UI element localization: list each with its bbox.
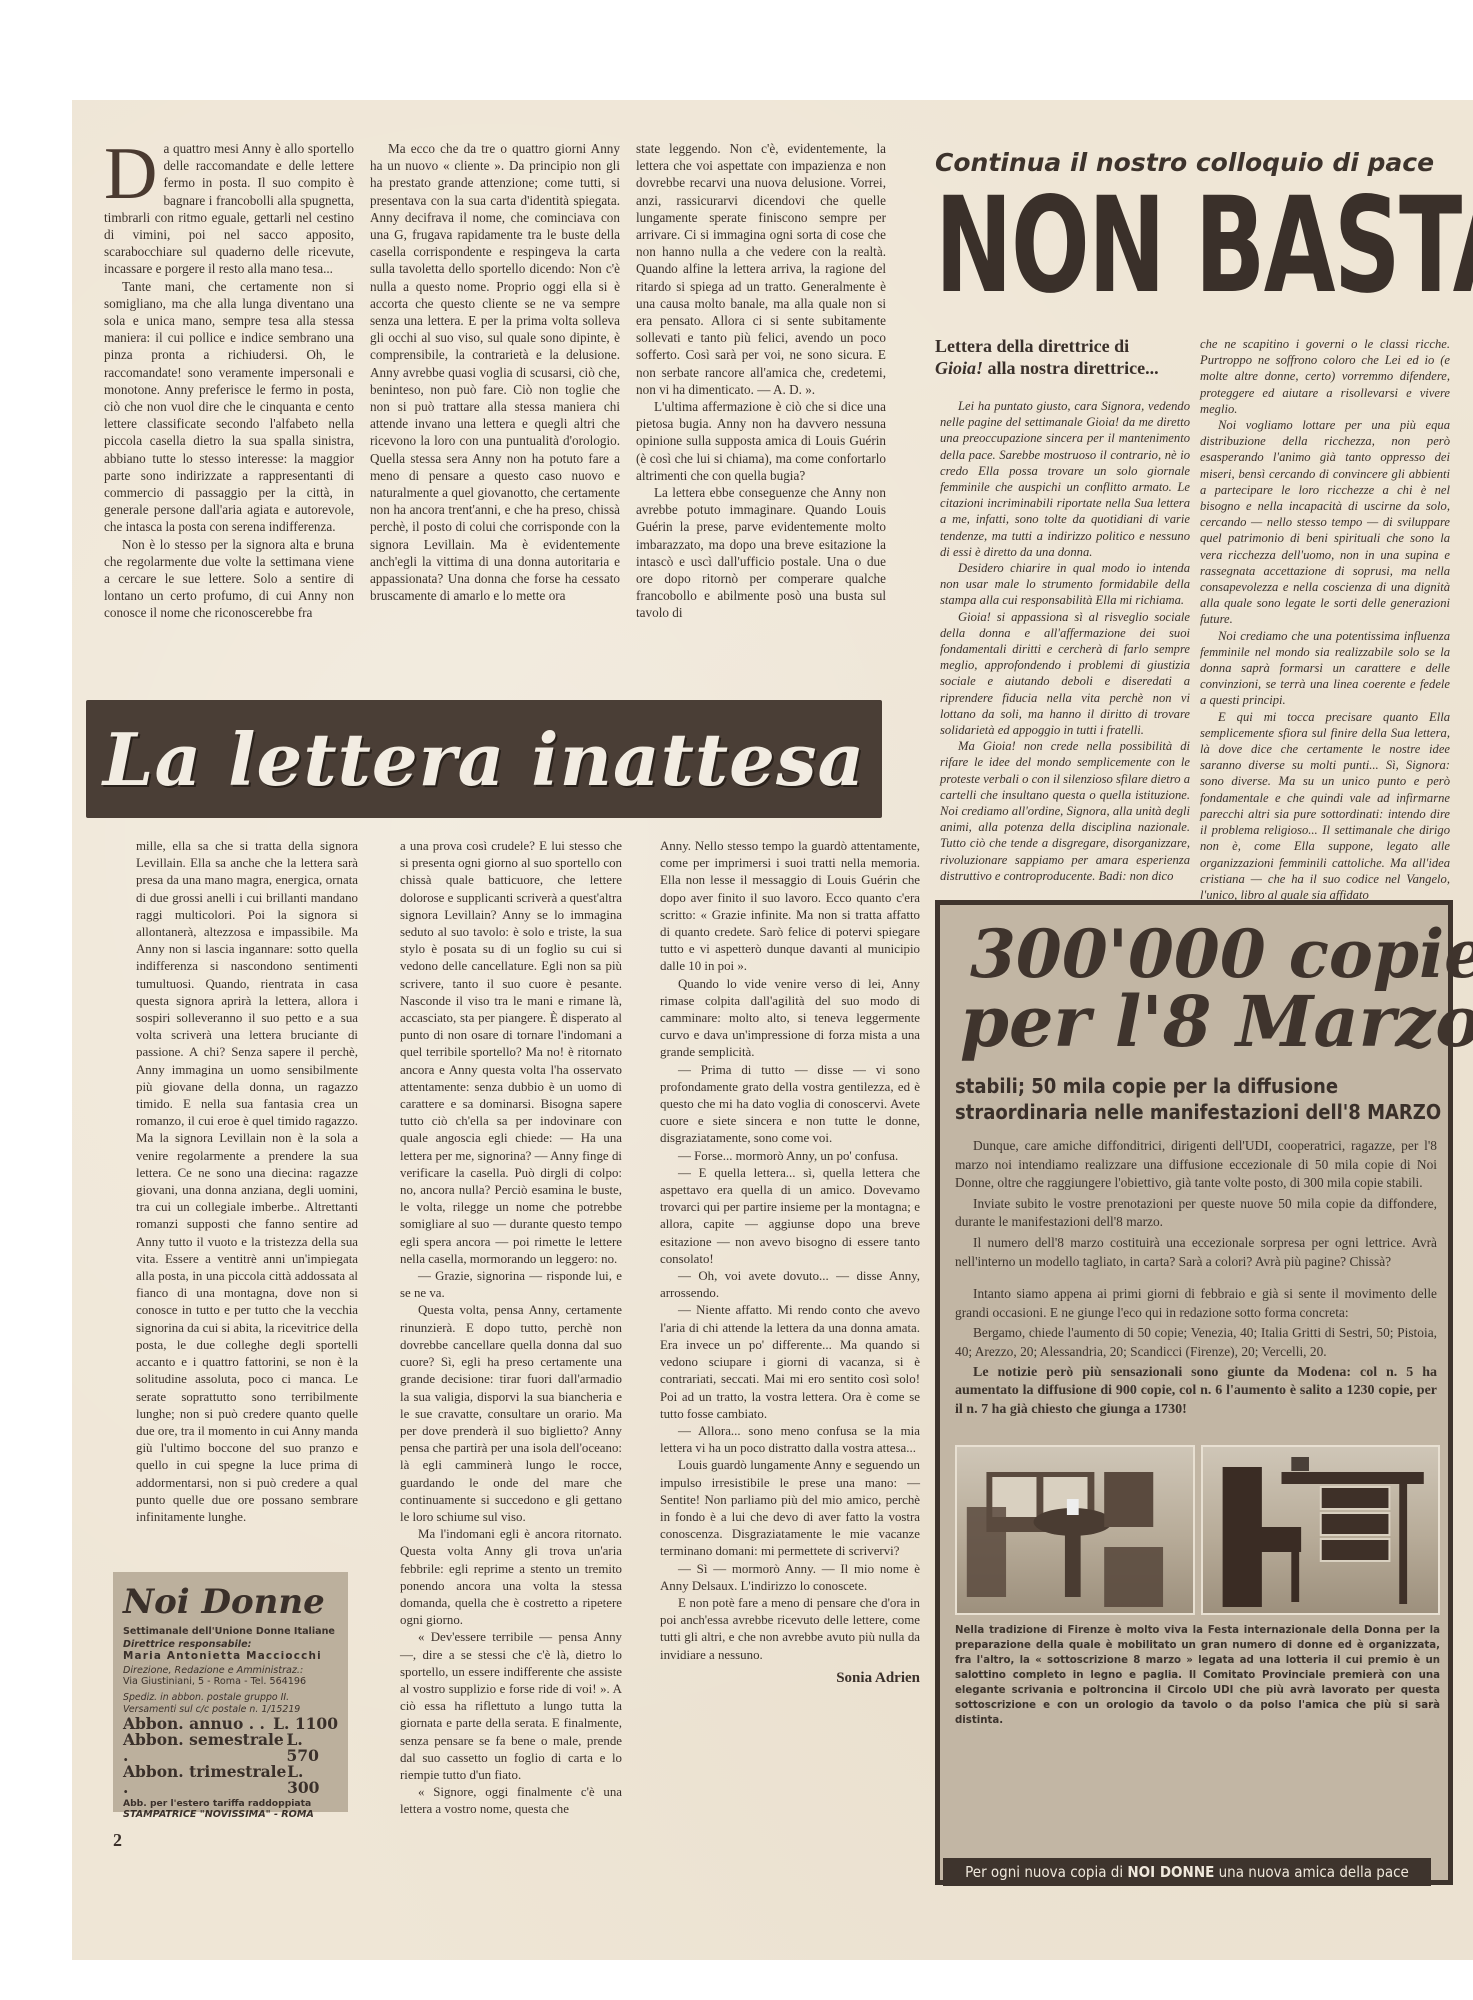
- story-paragraph: Anny. Nello stesso tempo la guardò atten…: [660, 838, 920, 976]
- story-paragraph: — Sì — mormorò Anny. — Il mio nome è Ann…: [660, 1561, 920, 1595]
- story-author: Sonia Adrien: [660, 1670, 920, 1687]
- story-paragraph: Non è lo stesso per la signora alta e br…: [104, 536, 354, 622]
- ad-footer-banner: Per ogni nuova copia di NOI DONNE una nu…: [943, 1858, 1431, 1886]
- article-paragraph: E qui mi tocca precisare quanto Ella sem…: [1200, 709, 1450, 903]
- price-row-quarter: Abbon. trimestrale .L. 300: [123, 1764, 338, 1796]
- story-paragraph: « Dev'essere terribile — pensa Anny —, d…: [400, 1629, 622, 1784]
- ad-subtitle: stabili; 50 mila copie per la diffusione…: [955, 1073, 1445, 1125]
- masthead-box: Noi Donne Settimanale dell'Unione Donne …: [113, 1572, 348, 1812]
- ad-paragraph: Il numero dell'8 marzo costituirà una ec…: [955, 1234, 1437, 1271]
- ad-paragraph: Bergamo, chiede l'aumento di 50 copie; V…: [955, 1324, 1437, 1361]
- drop-cap: D: [104, 144, 157, 204]
- article-paragraph: Desidero chiarire in qual modo io intend…: [940, 560, 1190, 609]
- story-paragraph: Tante mani, che certamente non si somigl…: [104, 278, 354, 536]
- ad-title-line2: per l'8 Marzo!: [960, 980, 1473, 1063]
- article-headline: NON BASTA O: [935, 180, 1473, 312]
- story-paragraph: — Oh, voi avete dovuto... — disse Anny, …: [660, 1268, 920, 1302]
- story-paragraph: La lettera ebbe conseguenze che Anny non…: [636, 484, 886, 622]
- story-paragraph: Quando lo vide venire verso di lei, Anny…: [660, 976, 920, 1062]
- story-paragraph: mille, ella sa che si tratta della signo…: [136, 838, 358, 1526]
- masthead-foreign-rate: Abb. per l'estero tariffa raddoppiata: [123, 1798, 338, 1809]
- story-paragraph: Ma l'indomani egli è ancora ritornato. Q…: [400, 1526, 622, 1629]
- story-title-banner: La lettera inattesa: [86, 700, 882, 818]
- scrivania-photo: [1201, 1445, 1441, 1615]
- ad-paragraph: Dunque, care amiche diffonditrici, dirig…: [955, 1137, 1437, 1193]
- story-paragraph: — E quella lettera... sì, quella lettera…: [660, 1165, 920, 1268]
- price-row-semester: Abbon. semestrale .L. 570: [123, 1732, 338, 1764]
- story-paragraph: — Prima di tutto — disse — vi sono profo…: [660, 1062, 920, 1148]
- masthead-director-label: Direttrice responsabile:: [123, 1639, 338, 1650]
- article-subhead: Lettera della direttrice di Gioia! alla …: [935, 335, 1165, 379]
- story-paragraph: a una prova così crudele? E lui stesso c…: [400, 838, 622, 1268]
- story-paragraph: — Forse... mormorò Anny, un po' confusa.: [660, 1148, 920, 1165]
- masthead-logo: Noi Donne: [123, 1582, 338, 1622]
- ad-highlight: Le notizie però più sensazionali sono gi…: [955, 1364, 1437, 1420]
- article-paragraph: che ne scapitino i governi o le classi r…: [1200, 336, 1450, 417]
- story-paragraph: « Signore, oggi finalmente c'è una lette…: [400, 1784, 622, 1818]
- ad-caption: Nella tradizione di Firenze è molto viva…: [955, 1623, 1440, 1728]
- masthead-director-name: Maria Antonietta Macciocchi: [123, 1650, 338, 1662]
- article-paragraph: Lei ha puntato giusto, cara Signora, ved…: [940, 398, 1190, 560]
- story-column-2: Ma ecco che da tre o quattro giorni Anny…: [370, 140, 620, 604]
- ad-paragraph: Inviate subito le vostre prenotazioni pe…: [955, 1195, 1437, 1232]
- masthead-office-label: Direzione, Redazione e Amministraz.:: [123, 1665, 338, 1676]
- story-paragraph: Da quattro mesi Anny è allo sportello de…: [104, 140, 354, 278]
- story-title: La lettera inattesa: [103, 717, 865, 802]
- masthead-printer: STAMPATRICE "NOVISSIMA" - ROMA: [123, 1809, 338, 1820]
- story-paragraph: Louis guardò lungamente Anny e seguendo …: [660, 1457, 920, 1560]
- story-column-1: Da quattro mesi Anny è allo sportello de…: [104, 140, 354, 622]
- article-column-2: che ne scapitino i governi o le classi r…: [1200, 336, 1450, 903]
- ad-body: Dunque, care amiche diffonditrici, dirig…: [955, 1137, 1437, 1421]
- story-column-6: Anny. Nello stesso tempo la guardò atten…: [660, 838, 920, 1687]
- article-paragraph: Noi vogliamo lottare per una più equa di…: [1200, 417, 1450, 628]
- article-paragraph: Gioia! si appassiona sì al risveglio soc…: [940, 609, 1190, 739]
- story-paragraph: state leggendo. Non c'è, evidentemente, …: [636, 140, 886, 398]
- masthead-address: Via Giustiniani, 5 - Roma - Tel. 564196: [123, 1676, 338, 1687]
- campaign-ad: 300'000 copie per l'8 Marzo! stabili; 50…: [935, 900, 1453, 1885]
- article-paragraph: Noi crediamo che una potentissima influe…: [1200, 628, 1450, 709]
- ad-paragraph: Intanto siamo appena ai primi giorni di …: [955, 1285, 1437, 1322]
- masthead-shipping: Spediz. in abbon. postale gruppo II.: [123, 1692, 338, 1704]
- story-paragraph: — Niente affatto. Mi rendo conto che ave…: [660, 1302, 920, 1422]
- story-paragraph: Ma ecco che da tre o quattro giorni Anny…: [370, 140, 620, 604]
- story-column-4: mille, ella sa che si tratta della signo…: [136, 838, 358, 1526]
- story-paragraph: — Allora... sono meno confusa se la mia …: [660, 1423, 920, 1457]
- article-paragraph: Ma Gioia! non crede nella possibilità di…: [940, 738, 1190, 884]
- masthead-tagline: Settimanale dell'Unione Donne Italiane: [123, 1626, 338, 1637]
- article-column-1: Lei ha puntato giusto, cara Signora, ved…: [940, 398, 1190, 884]
- ad-photos: [955, 1445, 1440, 1615]
- story-column-3: state leggendo. Non c'è, evidentemente, …: [636, 140, 886, 622]
- salotto-photo: [955, 1445, 1195, 1615]
- story-paragraph: E non potè fare a meno di pensare che d'…: [660, 1595, 920, 1664]
- story-paragraph: — Grazie, signorina — risponde lui, e se…: [400, 1268, 622, 1302]
- page-number: 2: [113, 1830, 122, 1851]
- story-paragraph: Questa volta, pensa Anny, certamente rin…: [400, 1302, 622, 1526]
- story-paragraph: L'ultima affermazione è ciò che si dice …: [636, 398, 886, 484]
- story-column-5: a una prova così crudele? E lui stesso c…: [400, 838, 622, 1819]
